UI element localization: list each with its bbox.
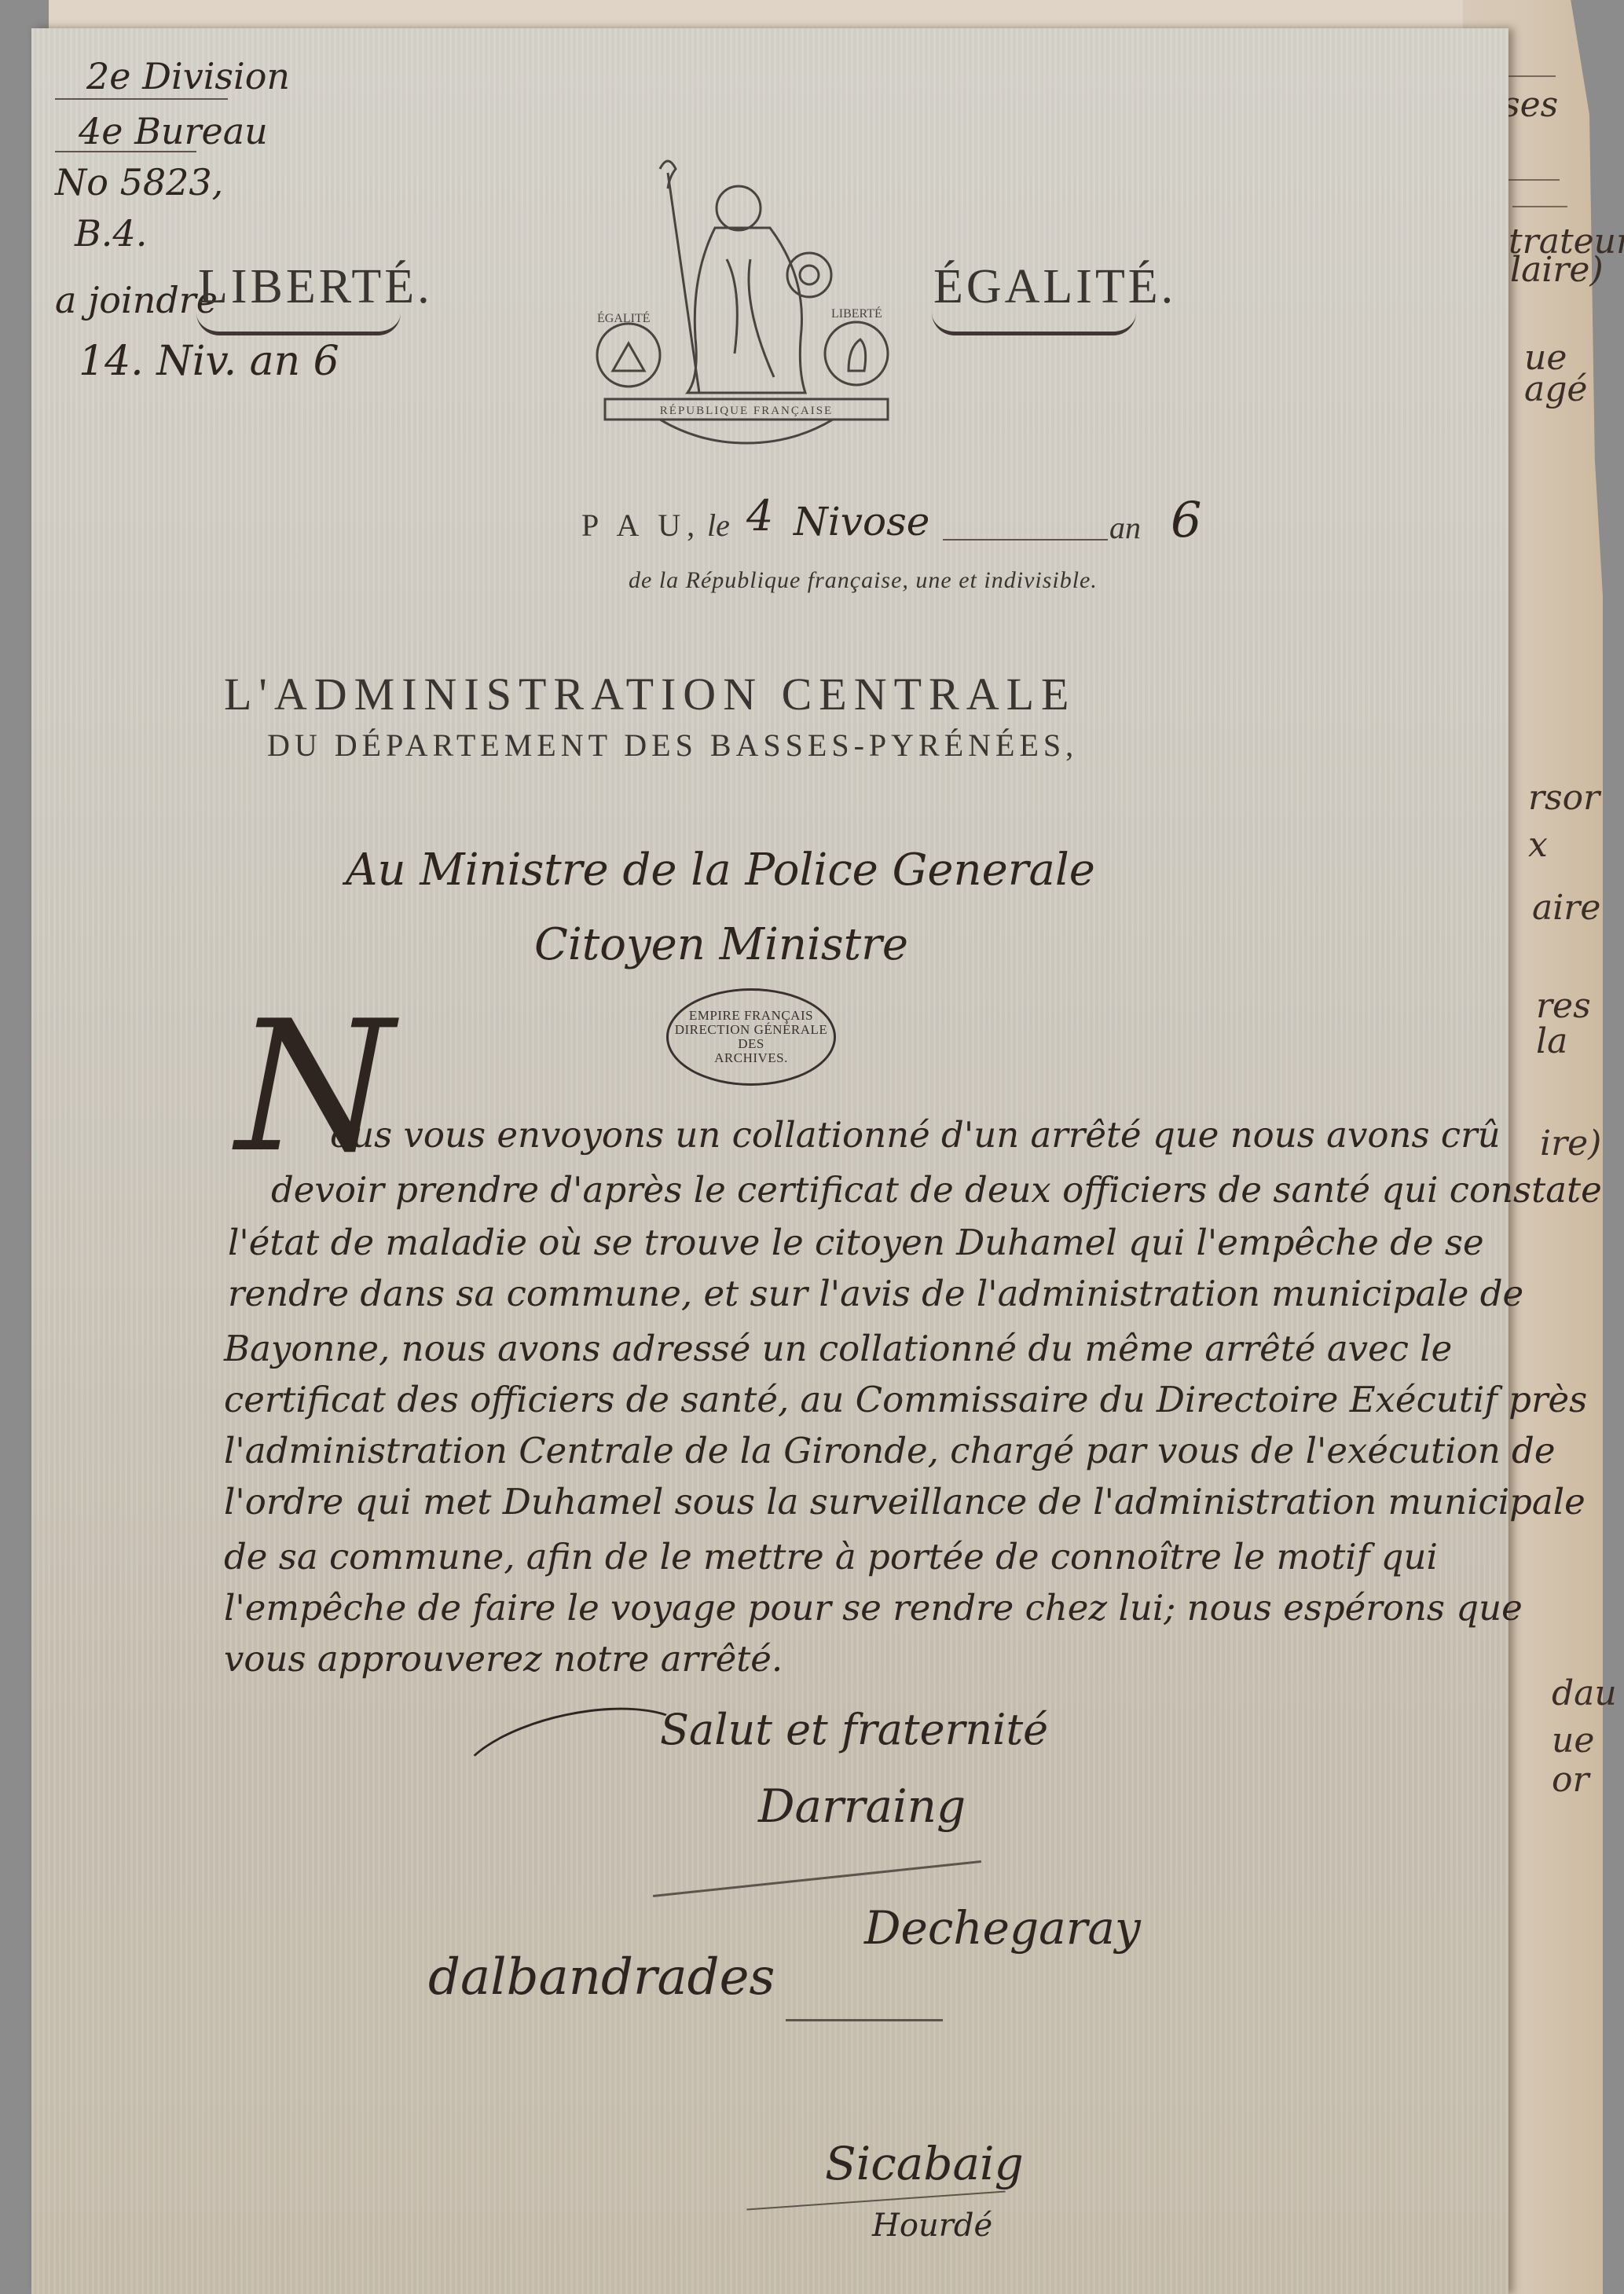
signature-dalbandrades: dalbandrades xyxy=(428,1948,775,2006)
margin-code: B.4. xyxy=(75,212,147,255)
under-fragment: dau xyxy=(1552,1673,1617,1713)
archives-stamp: EMPIRE FRANÇAIS DIRECTION GÉNÉRALE DES A… xyxy=(666,988,836,1086)
dateline-an: an xyxy=(1109,509,1141,546)
dateline-rule xyxy=(943,539,1108,541)
body-line: certificat des officiers de santé, au Co… xyxy=(224,1379,1587,1420)
recipient-salutation: Citoyen Ministre xyxy=(534,919,908,970)
margin-bureau: 4e Bureau xyxy=(79,110,268,152)
dateline-day: 4 xyxy=(746,491,773,541)
stamp-line1: EMPIRE FRANÇAIS xyxy=(689,1009,813,1023)
body-line: l'empêche de faire le voyage pour se ren… xyxy=(224,1587,1523,1629)
under-fragment: laire) xyxy=(1510,250,1604,290)
motto-liberte: LIBERTÉ. xyxy=(198,259,433,315)
margin-number: No 5823, xyxy=(55,161,223,203)
under-rule xyxy=(1505,179,1560,181)
under-fragment: agé xyxy=(1524,369,1587,409)
under-rule xyxy=(1501,75,1556,77)
body-line: l'état de maladie où se trouve le citoye… xyxy=(228,1222,1484,1263)
body-line: devoir prendre d'après le certificat de … xyxy=(271,1169,1602,1211)
seated-liberty-figure-icon: ÉGALITÉ LIBERTÉ RÉPUBLIQUE FRANÇAISE xyxy=(581,149,911,448)
republic-line: de la République française, une et indiv… xyxy=(629,567,1098,594)
body-line: ous vous envoyons un collationné d'un ar… xyxy=(330,1114,1501,1156)
issuer-line2: DU DÉPARTEMENT DES BASSES-PYRÉNÉES, xyxy=(267,727,1078,764)
under-fragment: or xyxy=(1552,1760,1589,1800)
dateline-place: P A U, xyxy=(581,507,701,544)
motto-egalite: ÉGALITÉ. xyxy=(933,259,1176,315)
margin-date: 14. Niv. an 6 xyxy=(79,338,339,385)
body-line: Bayonne, nous avons adressé un collation… xyxy=(224,1328,1452,1369)
under-rule xyxy=(1512,206,1567,207)
signature-sicabaig: Sicabaig xyxy=(825,2137,1024,2190)
signature-darraing: Darraing xyxy=(758,1779,966,1833)
closing-salut: Salut et fraternité xyxy=(660,1705,1048,1754)
margin-rule xyxy=(55,98,228,100)
under-fragment: x xyxy=(1528,825,1548,865)
margin-joindre: a joindre xyxy=(55,279,218,321)
motto-brace xyxy=(932,313,1136,335)
under-fragment: la xyxy=(1536,1021,1567,1061)
motto-brace xyxy=(196,313,401,335)
stamp-line3: DES xyxy=(738,1037,764,1051)
body-line: de sa commune, afin de le mettre à porté… xyxy=(224,1536,1438,1578)
banner-text: RÉPUBLIQUE FRANÇAISE xyxy=(660,404,833,417)
body-line: l'ordre qui met Duhamel sous la surveill… xyxy=(224,1481,1586,1523)
under-fragment: aire xyxy=(1532,888,1600,928)
margin-division: 2e Division xyxy=(86,55,290,97)
issuer-line1: L'ADMINISTRATION CENTRALE xyxy=(224,668,1076,720)
signature-hourde: Hourdé xyxy=(872,2208,992,2244)
dateline-le: le xyxy=(707,507,730,544)
signature-underline xyxy=(786,2019,943,2021)
top-sheet-edge xyxy=(49,0,1463,28)
under-fragment: ue xyxy=(1552,1720,1594,1761)
stamp-line4: ARCHIVES. xyxy=(714,1051,788,1065)
medallion-label-liberte: LIBERTÉ xyxy=(831,306,882,321)
margin-rule xyxy=(55,151,196,152)
dateline-month: Nivose xyxy=(794,499,929,544)
recipient-address: Au Ministre de la Police Generale xyxy=(346,845,1095,896)
under-fragment: ire) xyxy=(1540,1123,1601,1163)
under-fragment: rsor xyxy=(1528,778,1600,818)
signature-dechegaray: Dechegaray xyxy=(864,1901,1141,1955)
body-line: l'administration Centrale de la Gironde,… xyxy=(224,1430,1555,1471)
body-line: rendre dans sa commune, et sur l'avis de… xyxy=(228,1273,1523,1314)
dateline-year: 6 xyxy=(1171,491,1201,548)
stamp-line2: DIRECTION GÉNÉRALE xyxy=(675,1023,828,1037)
under-fragment: res xyxy=(1536,986,1591,1026)
under-fragment: ses xyxy=(1502,85,1558,125)
body-line: vous approuverez notre arrêté. xyxy=(224,1638,783,1680)
medallion-label-egalite: ÉGALITÉ xyxy=(597,310,651,325)
